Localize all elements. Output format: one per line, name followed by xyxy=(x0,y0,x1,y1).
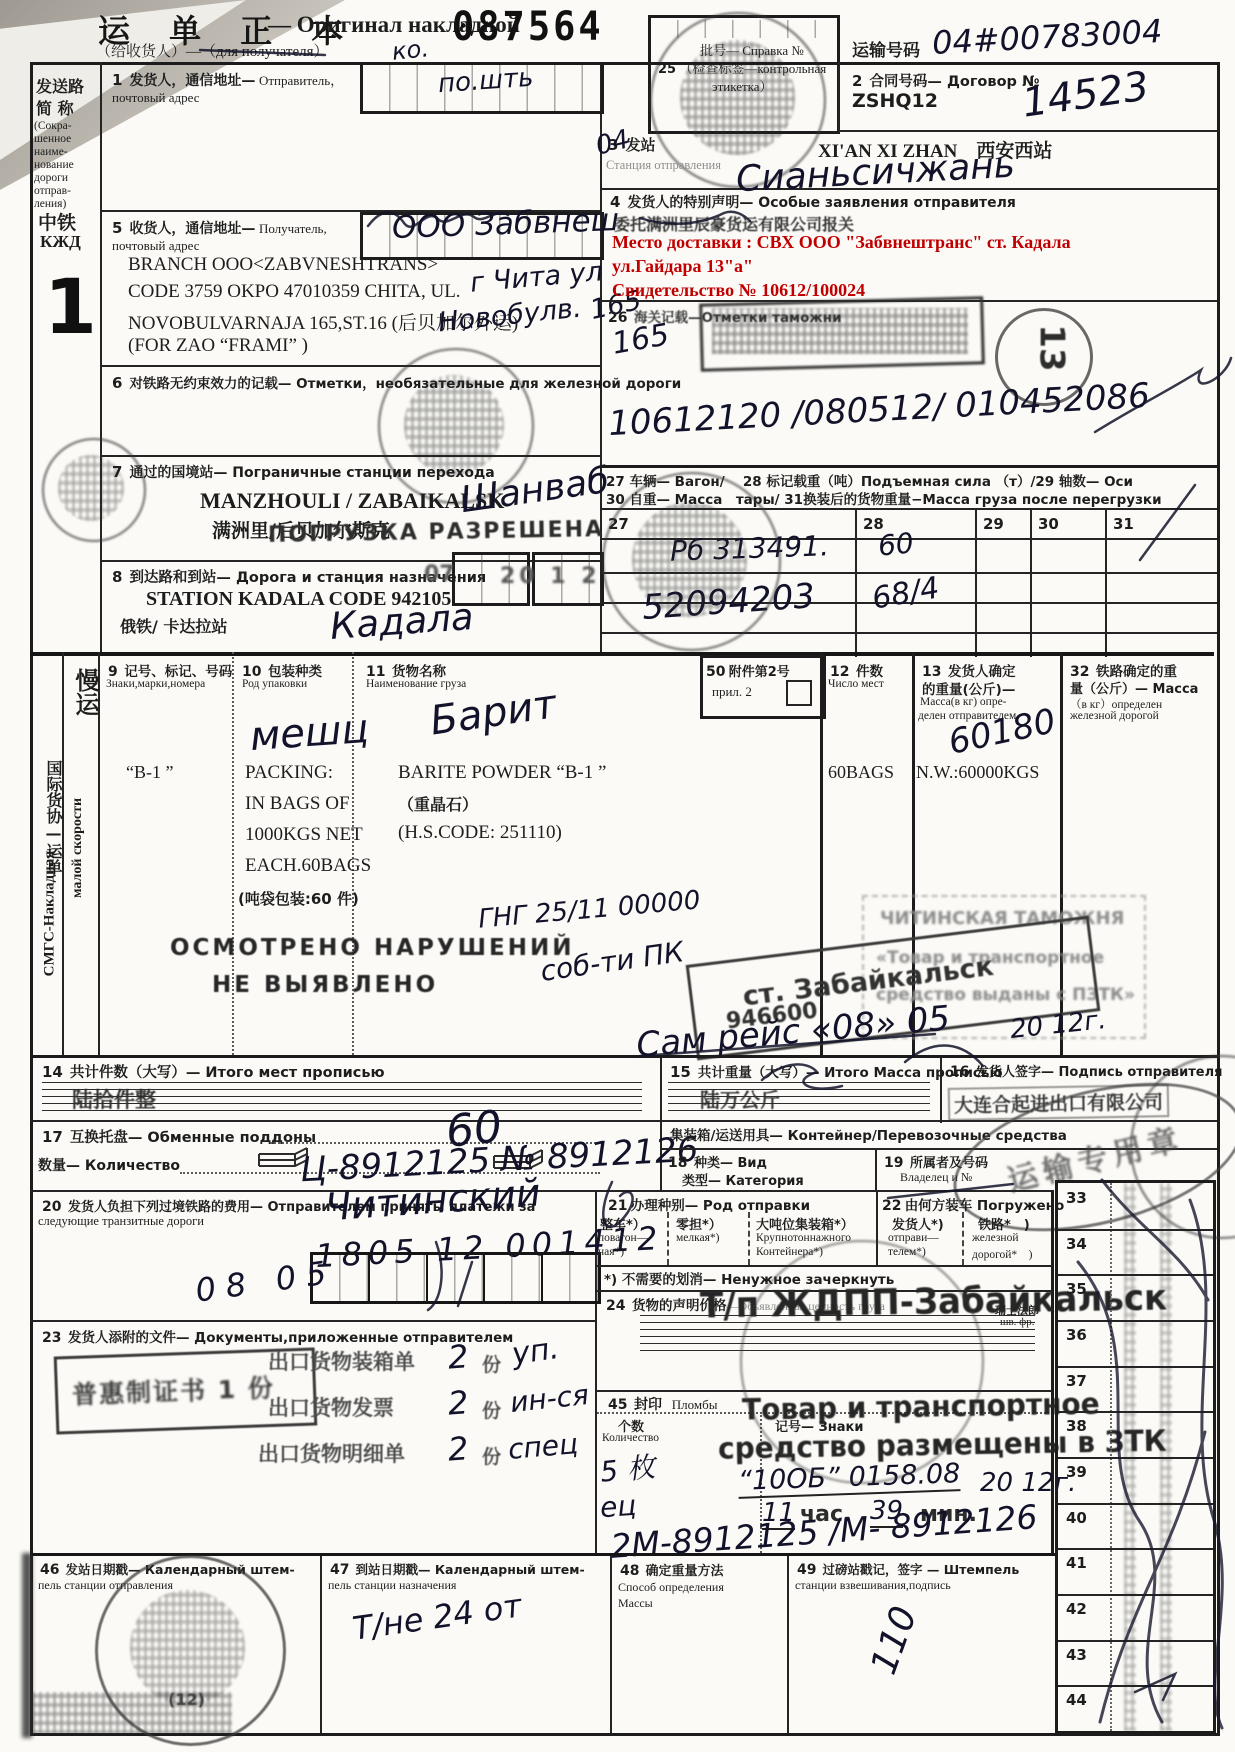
field-49-label: 49 过磅站戳记，签字 — Штемпель xyxy=(797,1560,1019,1578)
row-line xyxy=(1058,1457,1213,1459)
road-name-ru: (Сокра- шенное наиме- нование дороги отп… xyxy=(34,120,96,211)
row-43: 43 xyxy=(1066,1646,1087,1664)
bottom-left-smudge xyxy=(32,1692,232,1734)
field-14-value: 陆拾件整 xyxy=(72,1084,156,1114)
field-23-label: 23 发货人添附的文件— Документы,приложенные отпра… xyxy=(42,1326,513,1346)
round-stamp-13-digit: 13 xyxy=(1032,324,1072,371)
fee-box xyxy=(428,1255,485,1301)
row-34: 34 xyxy=(1066,1235,1087,1253)
row-line xyxy=(1058,1503,1213,1505)
field-10-label: 10 包装种类 xyxy=(242,660,322,680)
doc-unit-1: 份 xyxy=(482,1350,501,1377)
wagon-col-line xyxy=(1105,510,1107,657)
option-lcl-cjk: 零担*） xyxy=(676,1214,722,1233)
field-3-label-ru: Станция отправления xyxy=(606,158,721,173)
consignee-line1: BRANCH OOO<ZABVNESHTRANS> xyxy=(128,254,438,276)
field-50-label-ru: прил. 2 xyxy=(712,684,752,700)
net-weight-value: N.W.:60000KGS xyxy=(916,762,1039,783)
doc-name-3: 出口货物明细单 xyxy=(258,1438,405,1468)
row-35: 35 xyxy=(1066,1280,1087,1298)
loaded-by-railway-ru2: дорогой* ) xyxy=(972,1246,1033,1262)
doc-qty-2: 2 xyxy=(447,1383,470,1422)
field-45-qty-hw2: ец xyxy=(599,1489,638,1524)
field-32-label4: железной дорогой xyxy=(1070,710,1159,722)
field-14-label: 14 共计件数（大写）— Итого мест прописью xyxy=(42,1061,385,1082)
contract-number: ZSHQ12 xyxy=(852,90,938,112)
field-13-label: 13 发货人确定 xyxy=(922,660,1015,680)
doc-qty-3: 2 xyxy=(447,1429,470,1468)
option-wagonload-ru1: повагон— xyxy=(598,1232,648,1244)
row-line xyxy=(1058,1685,1213,1687)
option-wagonload-ru2: ная*) xyxy=(598,1246,624,1258)
doc-unit-2: 份 xyxy=(482,1396,501,1423)
row-38: 38 xyxy=(1066,1417,1087,1435)
loaded-by-railway-ru1: железной xyxy=(972,1232,1018,1244)
field-18-label2: 类型— Категория xyxy=(682,1170,804,1189)
row-line xyxy=(1058,1229,1213,1231)
option-container-cjk: 大吨位集装箱*） xyxy=(756,1214,854,1233)
field-12-label-ru: Число мест xyxy=(828,678,884,690)
certificate-red3: Свидетельство № 10612/100024 xyxy=(612,280,865,301)
field-50-checkbox xyxy=(786,680,812,706)
wagon-capacity-1: 60 xyxy=(876,526,915,563)
row-39: 39 xyxy=(1066,1463,1087,1481)
doc-name-2: 出口货物发票 xyxy=(268,1392,394,1422)
wagon-col-line xyxy=(1030,510,1032,657)
consignee-line2: CODE 3759 OKPO 47010359 CHITA, UL. xyxy=(128,281,461,303)
doc-hw-3: спец xyxy=(507,1427,580,1466)
doc-number: 087564 xyxy=(452,3,604,49)
field-12-label: 12 件数 xyxy=(830,660,883,680)
road-zhongtie: 中铁 xyxy=(38,208,76,235)
date-stamp-year: 20 1 2 xyxy=(500,564,601,589)
row-42: 42 xyxy=(1066,1600,1087,1618)
inspection-stamp-line2: НЕ ВЫЯВЛЕНО xyxy=(212,972,438,998)
field-15-value: 陆万公斤 xyxy=(700,1084,780,1113)
field-21-label: 21 办理种别— Род отправки xyxy=(608,1194,810,1214)
row-44: 44 xyxy=(1066,1691,1087,1709)
field-9-value: “B-1 ” xyxy=(126,762,173,783)
field-1-label: 1 发货人，通信地址— Отправитель， xyxy=(112,70,343,90)
packing-line3: 1000KGS NET xyxy=(245,824,363,846)
loaded-by-railway-cjk: 铁路* ) xyxy=(978,1214,1030,1233)
field-17-qty-label: 数量— Количество xyxy=(38,1155,180,1175)
option-lcl-ru: мелкая*) xyxy=(676,1232,720,1244)
field-11-label: 11 货物名称 xyxy=(366,660,446,680)
goods-line3: (H.S.CODE: 251110) xyxy=(398,822,562,844)
field-20-boxes xyxy=(310,1252,601,1304)
row-40: 40 xyxy=(1066,1509,1087,1527)
row-line xyxy=(1058,1366,1213,1368)
loaded-by-shipper-ru1: отправи— xyxy=(888,1232,939,1244)
doc-unit-3: 份 xyxy=(482,1442,501,1469)
gsp-certificate-stamp-text: 普惠制证书 1 份 xyxy=(71,1368,275,1411)
field-22-cell-divider xyxy=(962,1212,964,1265)
field-1-label2: почтовый адрес xyxy=(112,90,200,106)
row-line xyxy=(1058,1640,1213,1642)
loaded-by-shipper-cjk: 发货人*) xyxy=(892,1214,944,1233)
field-18-label: 18 种类— Вид xyxy=(668,1152,767,1171)
road-name-cjk2: 简 称 xyxy=(36,96,74,119)
wagon-col-30: 30 xyxy=(1038,515,1059,533)
scanned-waybill-page: 运 单 正 本 — Оригинал накладной （给收货人）—（для… xyxy=(0,0,1235,1752)
doc-subtitle: （给收货人）—（для получателя） xyxy=(96,40,329,61)
wagon-col-29: 29 xyxy=(983,515,1004,533)
doc-name-1: 出口货物装箱单 xyxy=(268,1346,415,1376)
copy-number: 1 xyxy=(44,262,97,351)
row-line xyxy=(1058,1320,1213,1322)
option-wagonload-cjk: 整车*） xyxy=(600,1214,646,1233)
row-line xyxy=(1058,1594,1213,1596)
field-20-label2: следующие транзитные дороги xyxy=(38,1214,204,1229)
inspection-stamp-line1: ОСМОТРЕНО НАРУШЕНИЙ xyxy=(170,935,574,961)
speed-strip-ru: малой скорости xyxy=(70,778,86,918)
destination-station-cjk: 俄铁/ 卡达拉站 xyxy=(120,614,227,637)
transport-no-handwriting: 04#00783004 xyxy=(931,12,1163,62)
field-9-label: 9 记号、标记、号码 xyxy=(108,660,232,680)
field-47-label2: пель станции назначения xyxy=(328,1578,456,1593)
smgs-strip-ru: СМГС-Накладная xyxy=(42,834,59,994)
field-50-label: 50 附件第2号 xyxy=(706,661,790,680)
field-13-label3: Масса(в кг) опре- xyxy=(920,696,1007,708)
round-stamp-left-glyphs xyxy=(58,455,124,521)
packing-line5: (吨袋包装:60 件) xyxy=(238,888,359,909)
field-5-label: 5 收货人，通信地址— Получатель, xyxy=(112,218,327,238)
field-12-value: 60BAGS xyxy=(828,762,894,783)
delivery-place-red2: ул.Гайдара 13"а" xyxy=(612,256,753,277)
left-edge-smudge xyxy=(22,1553,32,1738)
wagon-capacity-2: 68/4 xyxy=(869,570,941,616)
fee-box xyxy=(370,1255,427,1301)
consignee-line4: (FOR ZAO “FRAMI” ) xyxy=(128,335,308,357)
field-48-label3: Массы xyxy=(618,1596,653,1611)
date-stamp-day: 07 xyxy=(424,562,455,587)
delivery-place-red1: Место доставки : СВХ ООО "Забвнештранс" … xyxy=(612,232,1071,253)
customs-rect-stamp-glyphs xyxy=(712,308,968,354)
wagon-col-line xyxy=(975,510,977,657)
field-5-label2: почтовый адрес xyxy=(112,238,200,254)
transport-no-label: 运输号码 xyxy=(852,36,920,61)
fee-box xyxy=(543,1255,598,1301)
field-22-label: 22 由何方装车 Погружено xyxy=(882,1194,1064,1214)
field-32-label2: 量（公斤）— Масса xyxy=(1070,678,1198,697)
fee-box xyxy=(485,1255,542,1301)
row-line xyxy=(1058,1411,1213,1413)
row-36: 36 xyxy=(1066,1326,1087,1344)
field-13-label2: 的重量(公斤)— xyxy=(922,678,1015,698)
field-7-label: 7 通过的国境站— Пограничные станции перехода xyxy=(112,462,495,482)
field-45-qty-ru: Количество xyxy=(602,1432,659,1444)
row-41: 41 xyxy=(1066,1554,1087,1572)
ztk-round-stamp-partial xyxy=(740,1240,984,1484)
field-49-label2: станции взвешивания,подпись xyxy=(795,1578,951,1593)
wagon-col-line xyxy=(855,510,857,657)
road-kzd: КЖД xyxy=(40,232,81,252)
goods-line1: BARITE POWDER “B-1 ” xyxy=(398,762,606,784)
row-line xyxy=(1058,1548,1213,1550)
field-45-qty-hw1: 5 枚 xyxy=(598,1445,657,1491)
field-10-label-ru: Род упаковки xyxy=(242,678,307,690)
field-21-cell-divider xyxy=(667,1212,669,1265)
doc-hw-1: уп. xyxy=(510,1331,561,1372)
field-9-label-ru: Знаки,марки,номера xyxy=(106,678,205,690)
packing-line1: PACKING: xyxy=(245,762,333,784)
road-name-cjk1: 发送路 xyxy=(36,74,84,97)
row-line xyxy=(1058,1274,1213,1276)
field-45-label: 45 封印 Пломбы xyxy=(608,1394,717,1414)
field-48-label2: Способ определения xyxy=(618,1580,724,1595)
packing-line2: IN BAGS OF xyxy=(245,793,350,815)
round-stamp-wagon-glyphs xyxy=(632,502,747,617)
field-47-label: 47 到站日期戳— Календарный штем- xyxy=(330,1560,585,1578)
right-column-33-44: 33 34 35 36 37 38 39 40 41 42 43 44 xyxy=(1055,1180,1216,1734)
field-4-label: 4 发货人的特别声明— Особые заявления отправителя xyxy=(610,192,1016,212)
field-2-label: 2 合同号码— Договор № xyxy=(852,70,1039,91)
goods-line2: （重晶石） xyxy=(398,792,478,815)
wagon-col-31: 31 xyxy=(1113,515,1134,533)
field-32-label: 32 铁路确定的重 xyxy=(1070,660,1177,680)
departure-date-stamp-glyphs xyxy=(130,1590,245,1705)
row-37: 37 xyxy=(1066,1372,1087,1390)
doc-qty-1: 2 xyxy=(447,1337,470,1376)
field-11-label-ru: Наименование груза xyxy=(366,678,466,690)
field-48-label: 48 确定重量方法 xyxy=(620,1560,724,1579)
field-21-cell-divider xyxy=(748,1212,750,1265)
row-33: 33 xyxy=(1066,1189,1087,1207)
